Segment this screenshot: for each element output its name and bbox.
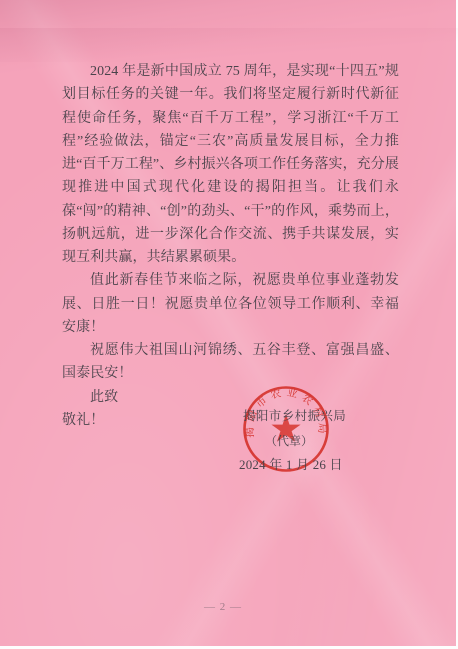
paragraph-3: 祝愿伟大祖国山河锦绣、五谷丰登、富强昌盛、国泰民安！ [62, 339, 399, 386]
paper-background: 2024 年是新中国成立 75 周年，是实现“十四五”规划目标任务的关键一年。我… [0, 0, 456, 646]
paragraph-1: 2024 年是新中国成立 75 周年，是实现“十四五”规划目标任务的关键一年。我… [62, 60, 399, 269]
paragraph-2: 值此新春佳节来临之际，祝愿贵单位事业蓬勃发展、日胜一日！祝愿贵单位各位领导工作顺… [62, 269, 399, 339]
signature-org: 揭阳市乡村振兴局 [243, 406, 346, 424]
signature-seal-note: （代章） [240, 432, 338, 449]
paper-crease [0, 28, 458, 62]
signature-date: 2024 年 1 月 26 日 [239, 454, 343, 473]
page-number: — 2 — [190, 601, 256, 613]
closing-jingli: 敬礼！ [62, 409, 399, 432]
closing-cizhi: 此致 [62, 386, 399, 409]
scanned-letter-page: 2024 年是新中国成立 75 周年，是实现“十四五”规划目标任务的关键一年。我… [0, 0, 458, 649]
letter-body: 2024 年是新中国成立 75 周年，是实现“十四五”规划目标任务的关键一年。我… [62, 60, 399, 432]
